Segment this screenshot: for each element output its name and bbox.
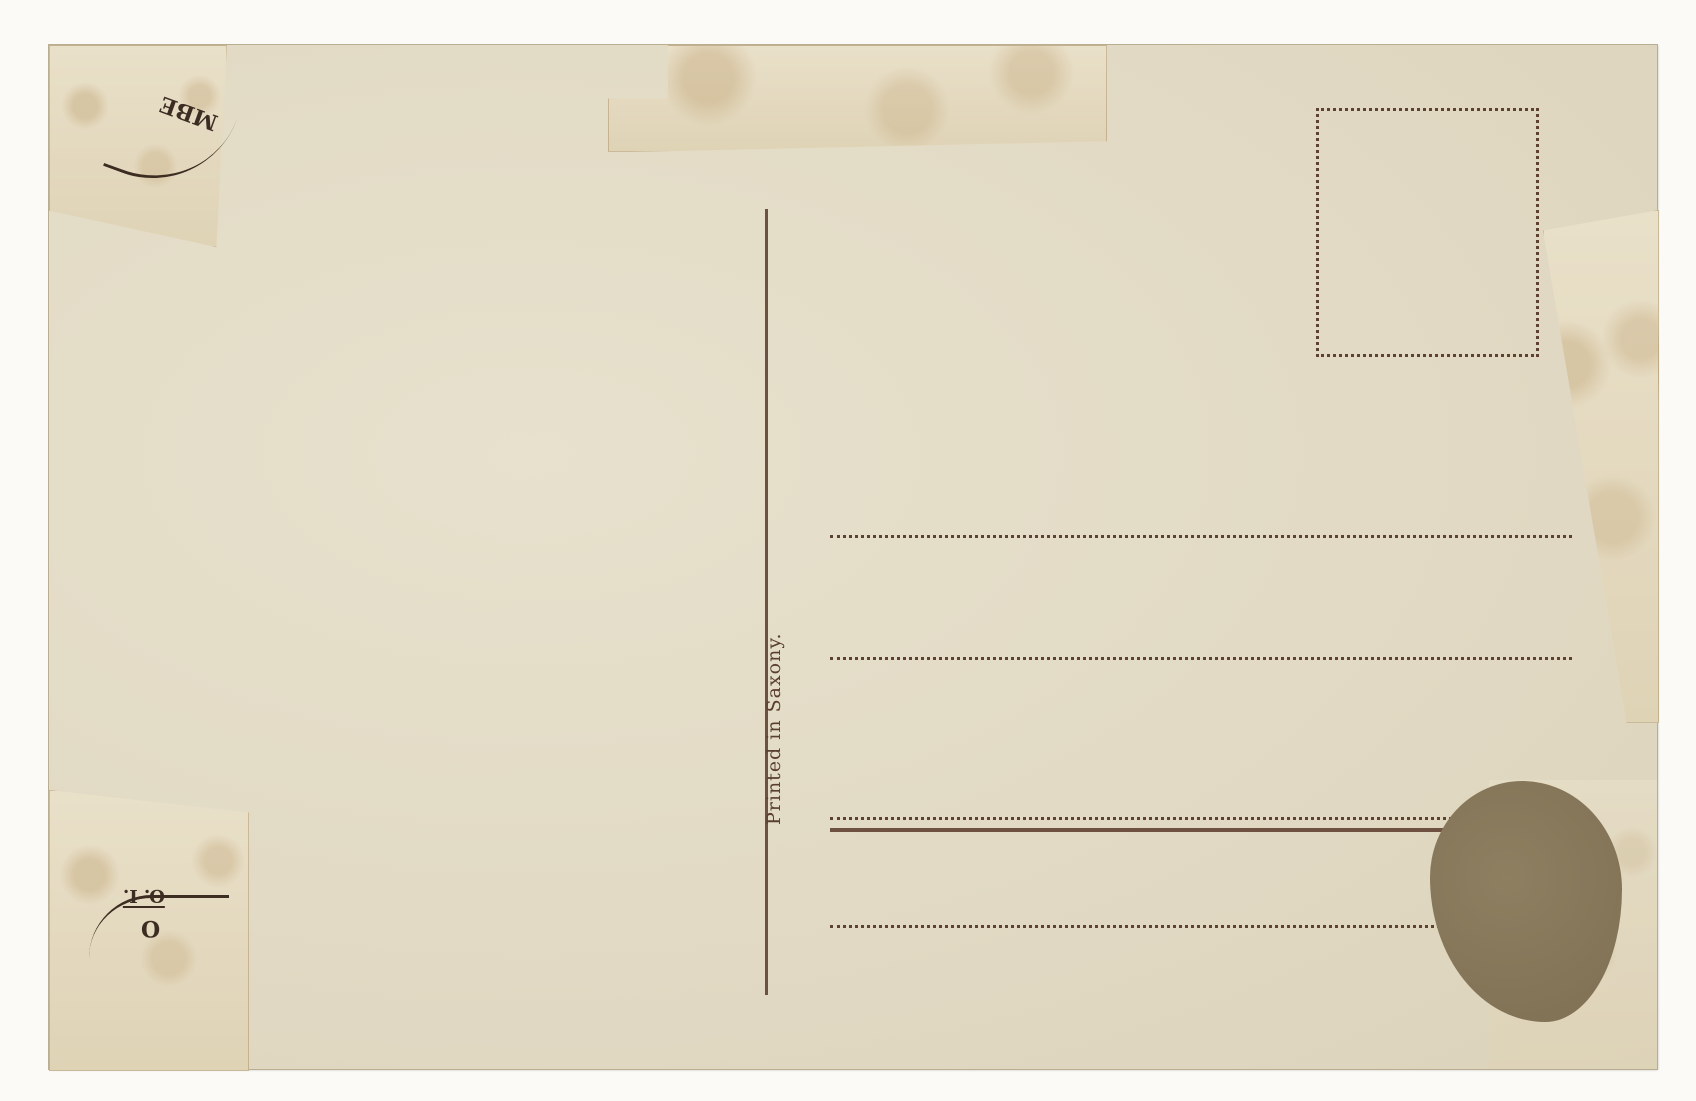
postmark-text-bottom-left-line1: O. I. (123, 885, 165, 908)
stamp-box (1316, 108, 1539, 357)
imprint-text: Printed in Saxony. (763, 632, 785, 825)
center-divider-line (765, 209, 768, 995)
address-line-1 (830, 535, 1572, 538)
postcard-back: MBE O. I. O Printed in Saxony. (49, 45, 1657, 1069)
address-line-4 (830, 925, 1470, 928)
address-line-2 (830, 657, 1572, 660)
tape-remnant-top-center (608, 45, 1107, 152)
glue-residue-blob (1430, 781, 1622, 1022)
address-solid-line (830, 828, 1470, 832)
postmark-text-bottom-left-line2: O (141, 915, 160, 941)
tape-remnant-right (1543, 210, 1659, 723)
